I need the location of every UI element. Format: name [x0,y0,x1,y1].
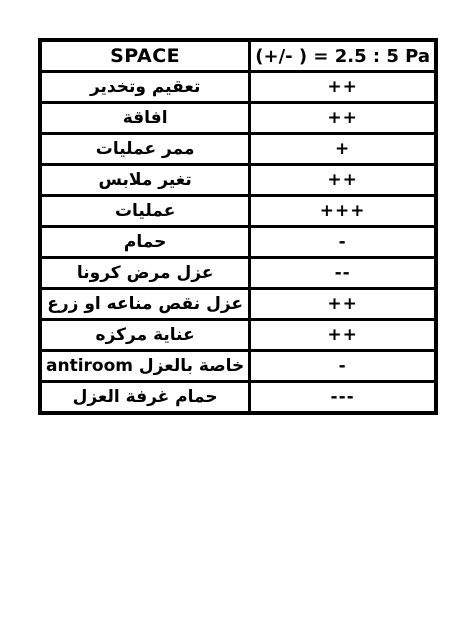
pressure-value-cell: +++ [250,196,436,227]
table-row: تغير ملابس ++ [40,165,436,196]
pressure-value-cell: ++ [250,103,436,134]
pressure-value-cell: ++ [250,289,436,320]
header-row: SPACE (+/- ) = 2.5 : 5 Pa [40,40,436,72]
pressure-value-cell: ++ [250,165,436,196]
pressure-value-cell: ++ [250,320,436,351]
pressure-value-cell: - [250,227,436,258]
table-row: تعقيم وتخدير ++ [40,72,436,103]
space-cell: حمام [40,227,250,258]
table-row: خاصة بالعزل antiroom - [40,351,436,382]
space-cell: عمليات [40,196,250,227]
pressure-value-cell: + [250,134,436,165]
pressure-value-cell: ++ [250,72,436,103]
space-cell: افاقة [40,103,250,134]
pressure-value-cell: - [250,351,436,382]
space-cell: ممر عمليات [40,134,250,165]
table-row: افاقة ++ [40,103,436,134]
table-row: حمام غرفة العزل --- [40,382,436,414]
pressure-column-header: (+/- ) = 2.5 : 5 Pa [250,40,436,72]
space-column-header: SPACE [40,40,250,72]
space-cell: عزل مرض كرونا [40,258,250,289]
table-row: عمليات +++ [40,196,436,227]
pressure-value-cell: --- [250,382,436,414]
pressure-value-cell: -- [250,258,436,289]
table-row: حمام - [40,227,436,258]
space-cell: تعقيم وتخدير [40,72,250,103]
space-cell: تغير ملابس [40,165,250,196]
space-cell: حمام غرفة العزل [40,382,250,414]
space-cell: خاصة بالعزل antiroom [40,351,250,382]
space-cell: عزل نقص مناعه او زرع [40,289,250,320]
table-row: ممر عمليات + [40,134,436,165]
table-row: عزل مرض كرونا -- [40,258,436,289]
table-row: عناية مركزه ++ [40,320,436,351]
space-cell: عناية مركزه [40,320,250,351]
table-row: عزل نقص مناعه او زرع ++ [40,289,436,320]
pressure-table: SPACE (+/- ) = 2.5 : 5 Pa تعقيم وتخدير +… [38,38,438,415]
